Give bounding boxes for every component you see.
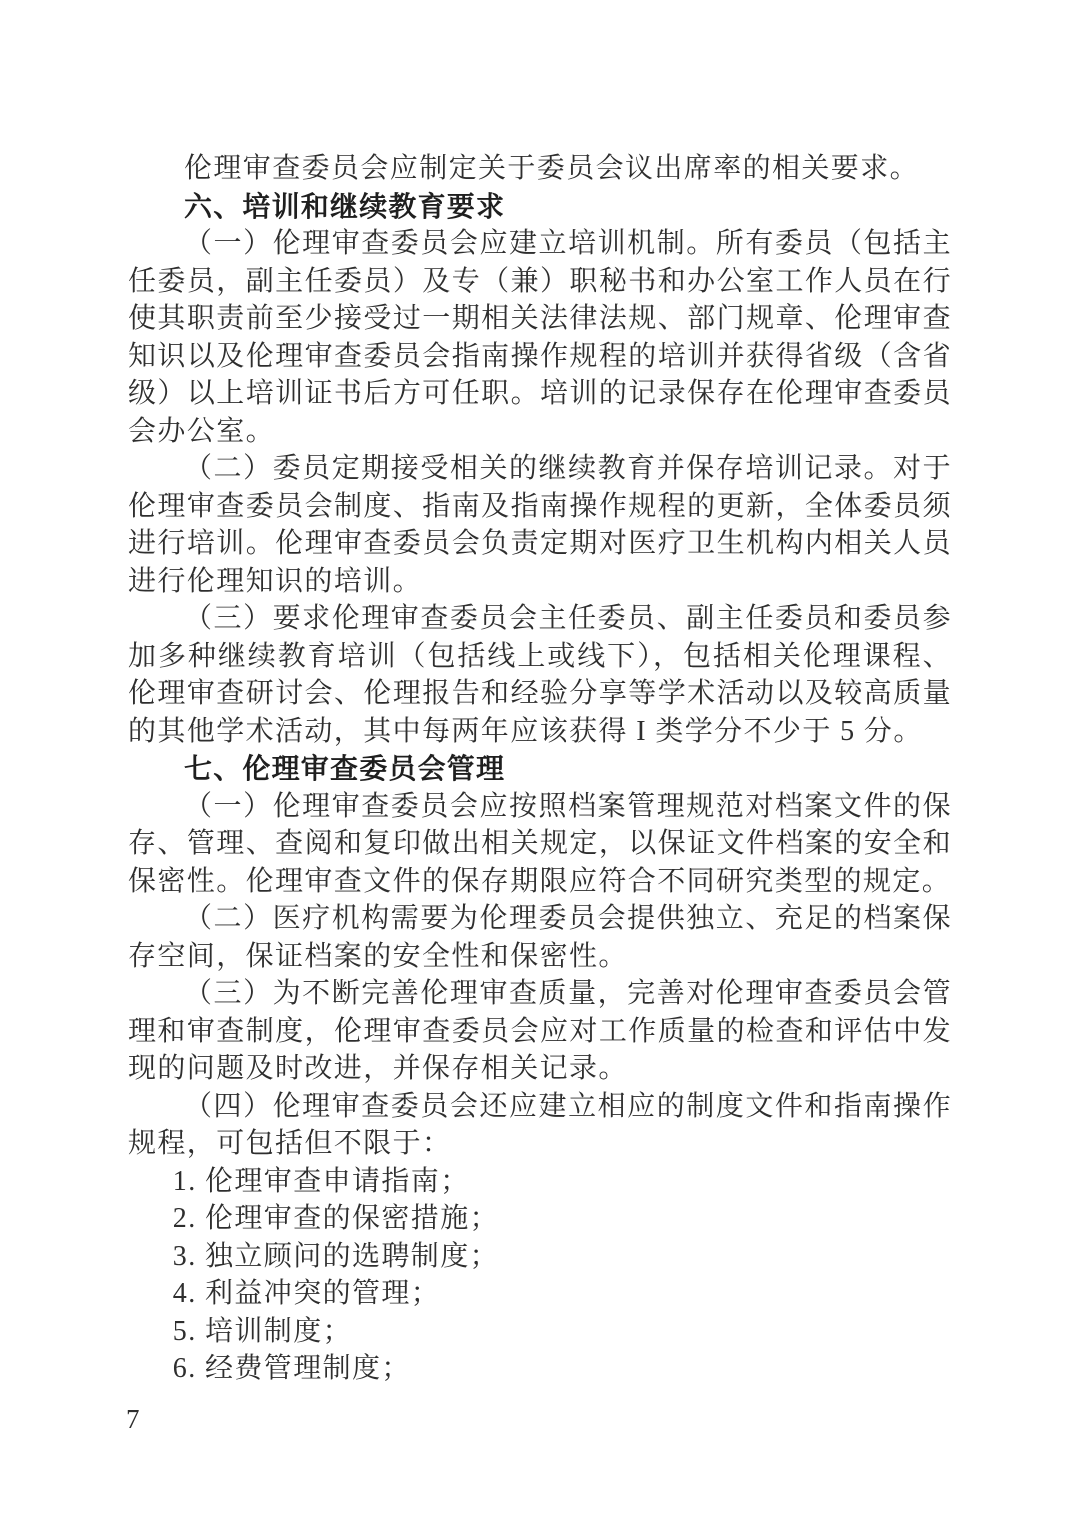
list-item: 1. 伦理审查申请指南； (128, 1163, 952, 1201)
paragraph: （三）为不断完善伦理审查质量，完善对伦理审查委员会管理和审查制度，伦理审查委员会… (128, 975, 952, 1088)
list-item: 5. 培训制度； (128, 1313, 952, 1351)
document-page: 伦理审查委员会应制定关于委员会议出席率的相关要求。六、培训和继续教育要求（一）伦… (0, 0, 1080, 1528)
section-heading: 七、伦理审查委员会管理 (128, 750, 952, 788)
list-item: 6. 经费管理制度； (128, 1350, 952, 1388)
paragraph: 伦理审查委员会应制定关于委员会议出席率的相关要求。 (128, 150, 952, 188)
paragraph: （二）医疗机构需要为伦理委员会提供独立、充足的档案保存空间，保证档案的安全性和保… (128, 900, 952, 975)
list-item: 3. 独立顾问的选聘制度； (128, 1238, 952, 1276)
paragraph: （三）要求伦理审查委员会主任委员、副主任委员和委员参加多种继续教育培训（包括线上… (128, 600, 952, 750)
page-number: 7 (126, 1404, 140, 1435)
list-item: 2. 伦理审查的保密措施； (128, 1200, 952, 1238)
list-item: 4. 利益冲突的管理； (128, 1275, 952, 1313)
document-body: 伦理审查委员会应制定关于委员会议出席率的相关要求。六、培训和继续教育要求（一）伦… (128, 150, 952, 1388)
section-heading: 六、培训和继续教育要求 (128, 188, 952, 226)
paragraph: （一）伦理审查委员会应建立培训机制。所有委员（包括主任委员，副主任委员）及专（兼… (128, 225, 952, 450)
paragraph: （一）伦理审查委员会应按照档案管理规范对档案文件的保存、管理、查阅和复印做出相关… (128, 788, 952, 901)
paragraph: （二）委员定期接受相关的继续教育并保存培训记录。对于伦理审查委员会制度、指南及指… (128, 450, 952, 600)
paragraph: （四）伦理审查委员会还应建立相应的制度文件和指南操作规程，可包括但不限于： (128, 1088, 952, 1163)
